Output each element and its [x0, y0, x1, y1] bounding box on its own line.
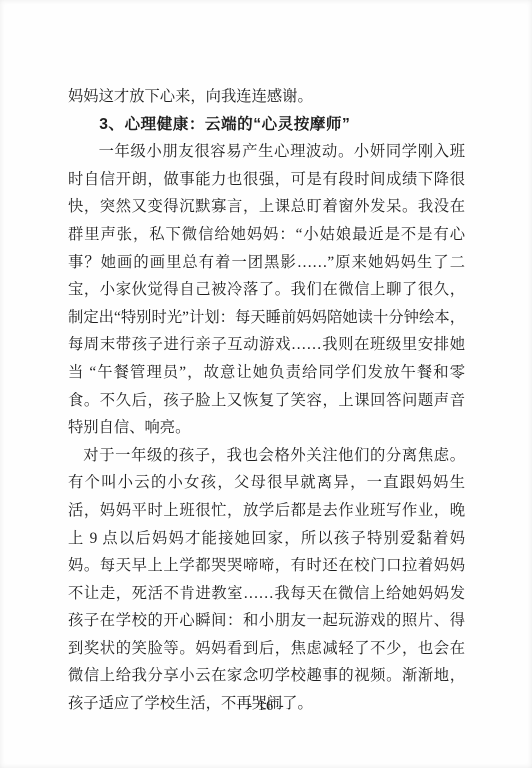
paragraph-psych-health: 一年级小朋友很容易产生心理波动。小妍同学刚入班时自信开朗，做事能力也很强，可是有…	[68, 138, 465, 442]
text-block: 妈妈这才放下心来，向我连连感谢。 3、心理健康：云端的“心灵按摩师” 一年级小朋…	[68, 83, 465, 718]
section-heading: 3、心理健康：云端的“心灵按摩师”	[68, 111, 465, 139]
paragraph-separation-anxiety: 对于一年级的孩子，我也会格外关注他们的分离焦虑。有个叫小云的小女孩，父母很早就离…	[68, 442, 465, 718]
document-page: 妈妈这才放下心来，向我连连感谢。 3、心理健康：云端的“心灵按摩师” 一年级小朋…	[0, 0, 532, 768]
page-number: - 16 -	[0, 698, 532, 715]
paragraph-continuation: 妈妈这才放下心来，向我连连感谢。	[68, 83, 465, 111]
